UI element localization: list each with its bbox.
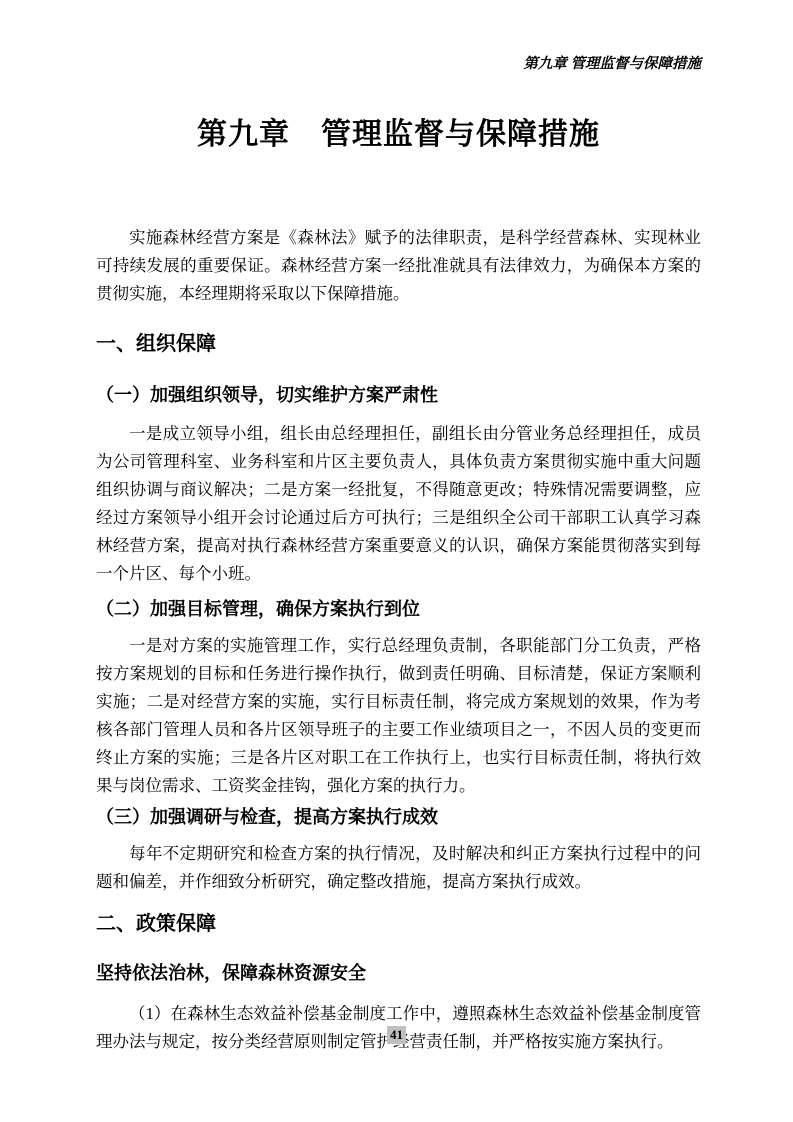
section-2-sub-1-heading: 坚持依法治林，保障森林资源安全 (96, 960, 701, 986)
section-1-sub-1-heading: （一）加强组织领导，切实维护方案严肃性 (96, 382, 701, 408)
document-page: 第九章 管理监督与保障措施 第九章 管理监督与保障措施 实施森林经营方案是《森林… (0, 0, 793, 1122)
section-1-sub-3-body: 每年不定期研究和检查方案的执行情况，及时解决和纠正方案执行过程中的问题和偏差，并… (96, 840, 701, 896)
section-1-sub-2-body: 一是对方案的实施管理工作，实行总经理负责制，各职能部门分工负责，严格按方案规划的… (96, 632, 701, 800)
section-1-sub-2-heading: （二）加强目标管理，确保方案执行到位 (96, 596, 701, 622)
intro-paragraph: 实施森林经营方案是《森林法》赋予的法律职责，是科学经营森林、实现林业可持续发展的… (96, 224, 701, 308)
section-1-heading: 一、组织保障 (96, 330, 701, 358)
chapter-title: 第九章 管理监督与保障措施 (96, 112, 701, 158)
page-number: 41 (387, 1026, 406, 1044)
section-2-heading: 二、政策保障 (96, 910, 701, 938)
running-header: 第九章 管理监督与保障措施 (96, 54, 701, 74)
section-1-sub-3-heading: （三）加强调研与检查，提高方案执行成效 (96, 804, 701, 830)
section-1-sub-1-body: 一是成立领导小组，组长由总经理担任，副组长由分管业务总经理担任，成员为公司管理科… (96, 420, 701, 588)
page-footer: 41 (0, 1026, 793, 1044)
